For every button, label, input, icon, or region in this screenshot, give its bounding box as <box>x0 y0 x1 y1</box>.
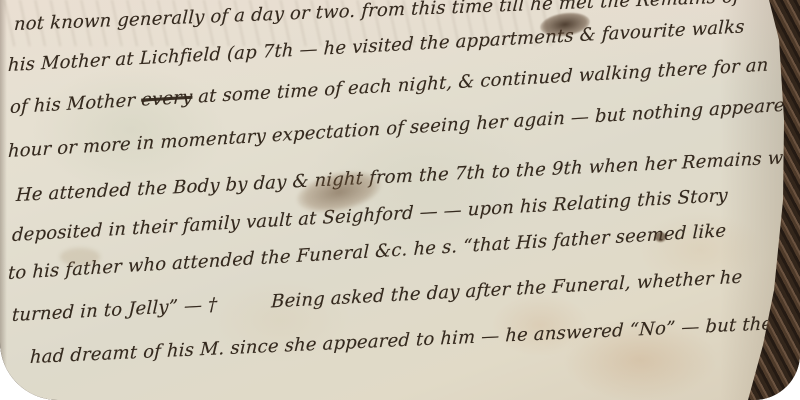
paper-left-edge-shadow <box>0 0 7 400</box>
manuscript-photo-card: not known generally of a day or two. fro… <box>0 0 800 400</box>
line-3-pre: of his Mother <box>10 90 142 118</box>
manuscript-line-9: had dreamt of his M. since she appeared … <box>30 311 800 368</box>
line-3-struck-word: every <box>141 87 193 111</box>
line-8-gap <box>217 307 271 310</box>
line-8-left: turned in to Jelly” — † <box>12 294 218 326</box>
manuscript-paper: not known generally of a day or two. fro… <box>0 0 800 400</box>
line-3-post: at some time of each night, & continued … <box>192 55 769 108</box>
manuscript-photo: not known generally of a day or two. fro… <box>0 0 800 400</box>
line-8-right: Being asked the day after the Funeral, w… <box>271 267 743 313</box>
